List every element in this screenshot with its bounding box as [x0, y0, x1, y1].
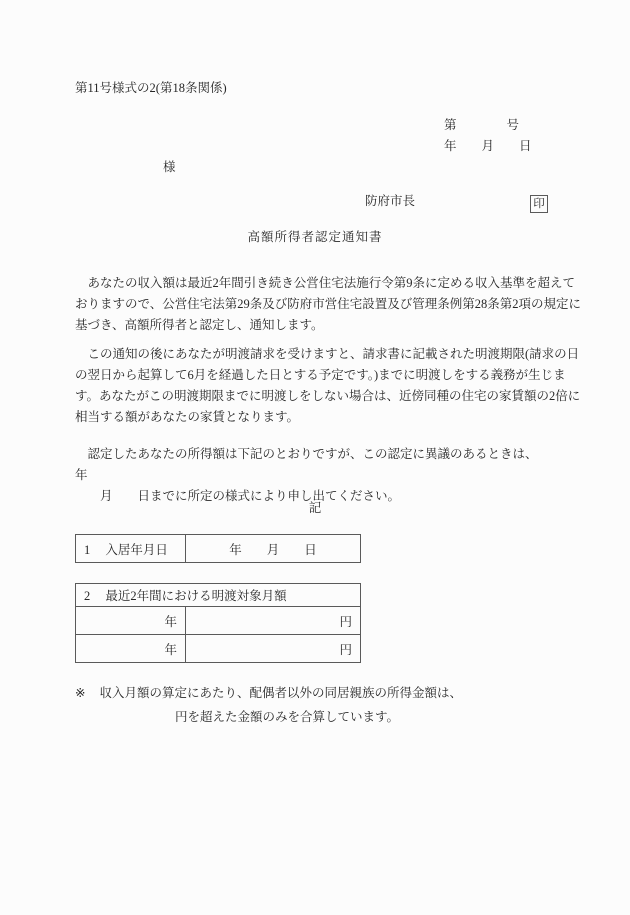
addressee-honorific: 様 — [163, 157, 176, 177]
table1-row-number: 1 — [84, 543, 90, 557]
document-body: あなたの収入額は最近2年間引き続き公営住宅法施行令第9条に定める収入基準を超えて… — [75, 273, 583, 507]
footnote-text-1: 収入月額の算定にあたり、配偶者以外の同居親族の所得金額は、 — [99, 686, 462, 700]
table-row: 年 円 — [76, 607, 361, 635]
table2-amount-cell-2: 円 — [186, 635, 361, 663]
footnote: ※収入月額の算定にあたり、配偶者以外の同居親族の所得金額は、 円を超えた金額のみ… — [75, 683, 462, 728]
issuer-name: 防府市長 — [365, 191, 415, 211]
table-row: 2 最近2年間における明渡対象月額 — [76, 584, 361, 607]
official-seal-mark: 印 — [530, 195, 548, 213]
document-date-line: 年 月 日 — [444, 136, 532, 156]
footnote-text-2: 円を超えた金額のみを合算しています。 — [175, 707, 462, 728]
footnote-line-1: ※収入月額の算定にあたり、配偶者以外の同居親族の所得金額は、 — [75, 683, 462, 704]
document-title: 高額所得者認定通知書 — [0, 227, 630, 247]
paragraph-income-certification: あなたの収入額は最近2年間引き続き公営住宅法施行令第9条に定める収入基準を超えて… — [75, 273, 583, 336]
table-row: 1 入居年月日 年 月 日 — [76, 535, 361, 563]
reference-mark: ※ — [75, 686, 85, 700]
table2-header-cell: 2 最近2年間における明渡対象月額 — [76, 584, 361, 607]
paragraph-surrender-obligation: この通知の後にあなたが明渡請求を受けますと、請求書に記載された明渡期限(請求の日… — [75, 344, 583, 428]
table2-year-cell-2: 年 — [76, 635, 186, 663]
table2-year-cell-1: 年 — [76, 607, 186, 635]
table2-row-number: 2 — [84, 589, 90, 603]
document-number-line: 第 号 — [444, 115, 519, 135]
move-in-date-table: 1 入居年月日 年 月 日 — [75, 534, 361, 563]
table-row: 年 円 — [76, 635, 361, 663]
table2-header-label: 最近2年間における明渡対象月額 — [105, 589, 286, 603]
record-marker: 記 — [0, 498, 630, 519]
table1-row-label: 入居年月日 — [105, 543, 168, 557]
move-in-date-label-cell: 1 入居年月日 — [76, 535, 186, 563]
monthly-amount-table: 2 最近2年間における明渡対象月額 年 円 年 円 — [75, 583, 361, 663]
table2-amount-cell-1: 円 — [186, 607, 361, 635]
form-number: 第11号様式の2(第18条関係) — [75, 78, 227, 98]
move-in-date-value-cell: 年 月 日 — [186, 535, 361, 563]
notice-document-page: 第11号様式の2(第18条関係) 第 号 年 月 日 様 防府市長 印 高額所得… — [0, 0, 630, 915]
